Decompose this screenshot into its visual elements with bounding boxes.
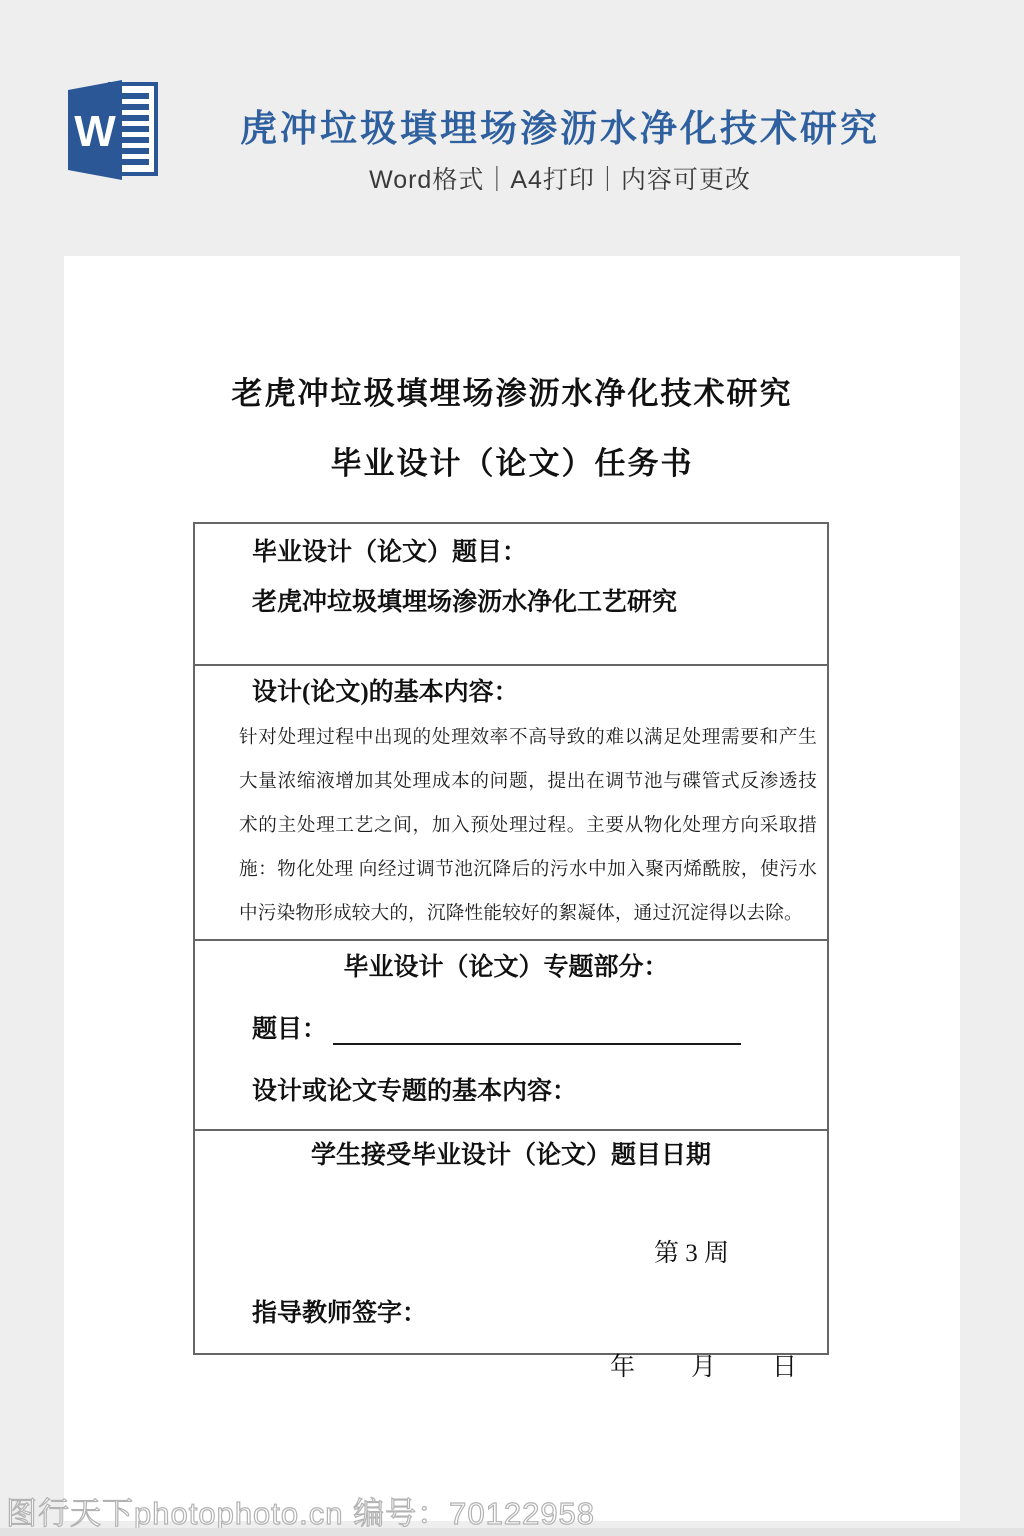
table-row-special-topic: 毕业设计（论文）专题部分： 题目： 设计或论文专题的基本内容： (195, 939, 827, 1129)
task-table: 毕业设计（论文）题目： 老虎冲垃圾填埋场渗沥水净化工艺研究 设计(论文)的基本内… (193, 522, 829, 1355)
week-value: 第 3 周 (195, 1233, 827, 1269)
word-icon-letter: W (74, 107, 116, 156)
date-heading: 学生接受毕业设计（论文）题目日期 (195, 1141, 827, 1171)
doc-title-line1: 老虎冲垃圾填埋场渗沥水净化技术研究 (64, 368, 960, 413)
advisor-sign-label: 指导教师签字： (195, 1293, 827, 1329)
template-preview-screen: W 虎冲垃圾填埋场渗沥水净化技术研究 Word格式｜A4打印｜内容可更改 老虎冲… (0, 0, 1024, 1536)
word-logo-icon: W (64, 79, 160, 181)
doc-title-line2: 毕业设计（论文）任务书 (64, 438, 960, 483)
watermark-text: 图行天下photophoto.cn 编号：70122958 (6, 1488, 595, 1533)
topic-content-label: 设计或论文专题的基本内容： (195, 1071, 817, 1107)
topic-blank-underline (333, 1017, 741, 1045)
document-page: 老虎冲垃圾填埋场渗沥水净化技术研究 毕业设计（论文）任务书 毕业设计（论文）题目… (64, 256, 960, 1521)
header: W 虎冲垃圾填埋场渗沥水净化技术研究 Word格式｜A4打印｜内容可更改 (0, 0, 1024, 256)
thesis-title-label: 毕业设计（论文）题目： (252, 538, 817, 568)
table-row-basic-content: 设计(论文)的基本内容： 针对处理过程中出现的处理效率不高导致的难以满足处理需要… (195, 664, 827, 939)
table-row-accept-date: 学生接受毕业设计（论文）题目日期 第 3 周 指导教师签字： 年 月 日 (195, 1129, 827, 1353)
date-blank-label: 年 月 日 (195, 1347, 827, 1383)
thesis-title-value: 老虎冲垃圾填埋场渗沥水净化工艺研究 (252, 588, 817, 618)
table-row-thesis-title: 毕业设计（论文）题目： 老虎冲垃圾填埋场渗沥水净化工艺研究 (195, 524, 827, 664)
bottom-strip (0, 1528, 1024, 1536)
header-title: 虎冲垃圾填埋场渗沥水净化技术研究 (160, 98, 960, 152)
topic-title-line: 题目： (195, 1009, 817, 1045)
topic-label: 题目： (252, 1016, 327, 1043)
content-heading: 设计(论文)的基本内容： (195, 678, 827, 708)
header-subtitle: Word格式｜A4打印｜内容可更改 (160, 160, 960, 196)
topic-heading: 毕业设计（论文）专题部分： (195, 953, 817, 983)
content-body: 针对处理过程中出现的处理效率不高导致的难以满足处理需要和产生大量浓缩液增加其处理… (195, 716, 827, 936)
